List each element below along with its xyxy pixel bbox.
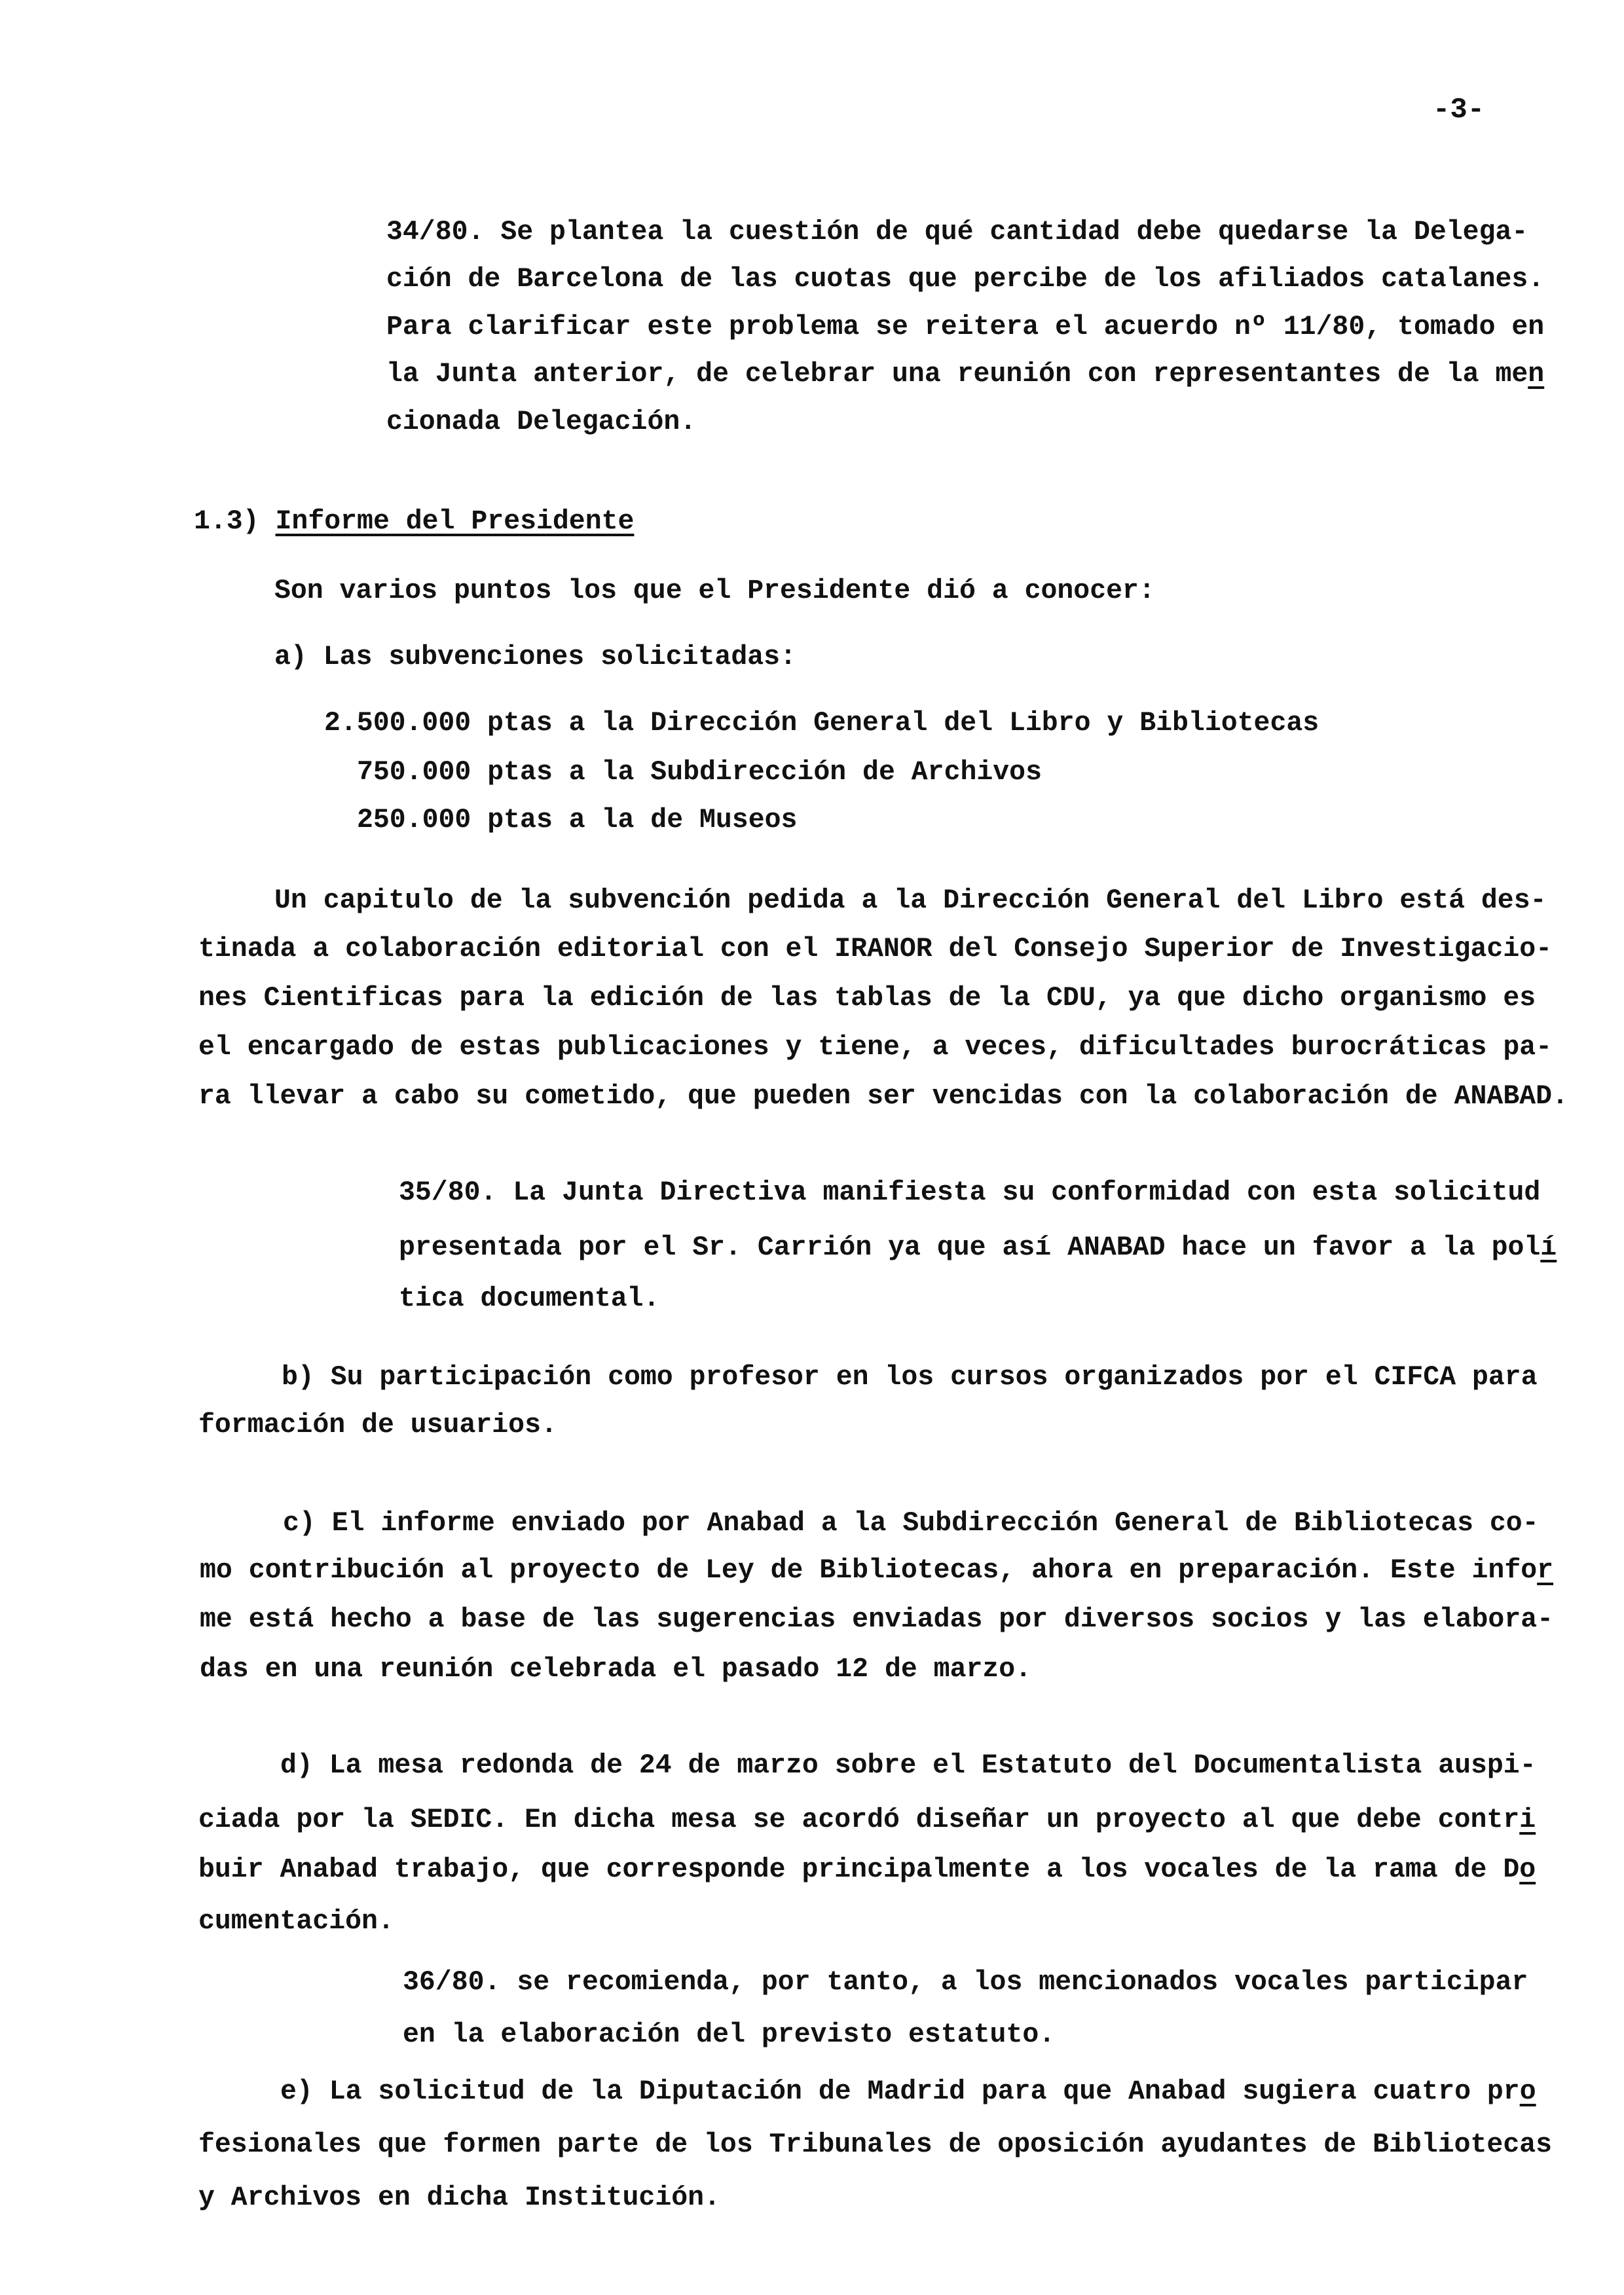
document-page: -3- 34/80. Se plantea la cuestión de qué… [0, 0, 1624, 2295]
item-c-line-1: c) El informe enviado por Anabad a la Su… [283, 1507, 1539, 1540]
intro-line: Son varios puntos los que el Presidente … [274, 575, 1155, 608]
capitulo-line-1: Un capitulo de la subvención pedida a la… [274, 885, 1547, 917]
item-d-line-2: ciada por la SEDIC. En dicha mesa se aco… [198, 1804, 1536, 1837]
section-heading: 1.3) Informe del Presidente [194, 505, 634, 538]
capitulo-line-3: nes Cientificas para la edición de las t… [198, 982, 1536, 1015]
line-text: la Junta anterior, de celebrar una reuni… [386, 359, 1528, 390]
resolution-36-line-1: 36/80. se recomienda, por tanto, a los m… [403, 1966, 1528, 1999]
grant-amount: 750.000 [357, 757, 471, 788]
line-text: presentada por el Sr. Carrión ya que así… [399, 1232, 1540, 1263]
resolution-34-line-4: la Junta anterior, de celebrar una reuni… [386, 358, 1544, 391]
item-b-line-1: b) Su participación como profesor en los… [282, 1361, 1538, 1394]
resolution-34-line-1: 34/80. Se plantea la cuestión de qué can… [386, 216, 1528, 249]
section-number: 1.3) [194, 506, 259, 537]
resolution-36-line-2: en la elaboración del previsto estatuto. [403, 2019, 1055, 2051]
grant-text: ptas a la Dirección General del Libro y … [487, 708, 1319, 739]
grant-row-1: 2.500.000 ptas a la Dirección General de… [324, 707, 1319, 740]
section-title: Informe del Presidente [276, 506, 635, 537]
resolution-35-line-1: 35/80. La Junta Directiva manifiesta su … [399, 1177, 1540, 1209]
item-d-line-1: d) La mesa redonda de 24 de marzo sobre … [280, 1750, 1536, 1782]
grant-row-2: 750.000 ptas a la Subdirección de Archiv… [357, 756, 1042, 789]
grant-text: ptas a la de Museos [487, 805, 797, 835]
hyphen-underline: o [1520, 2076, 1536, 2107]
grant-amount: 250.000 [357, 805, 471, 835]
line-text: mo contribución al proyecto de Ley de Bi… [200, 1555, 1537, 1586]
hyphen-underline: n [1528, 359, 1544, 390]
grant-amount: 2.500.000 [324, 708, 471, 739]
resolution-35-line-3: tica documental. [399, 1283, 659, 1315]
line-text: e) La solicitud de la Diputación de Madr… [280, 2076, 1520, 2107]
item-c-line-3: me está hecho a base de las sugerencias … [200, 1604, 1553, 1636]
item-e-line-2: fesionales que formen parte de los Tribu… [198, 2129, 1552, 2161]
resolution-35-line-2: presentada por el Sr. Carrión ya que así… [399, 1232, 1557, 1264]
grant-row-3: 250.000 ptas a la de Museos [357, 804, 797, 837]
resolution-34-line-5: cionada Delegación. [386, 406, 696, 439]
item-e-line-1: e) La solicitud de la Diputación de Madr… [280, 2076, 1536, 2108]
page-number: -3- [1433, 94, 1485, 126]
capitulo-line-4: el encargado de estas publicaciones y ti… [198, 1031, 1552, 1064]
item-d-line-3: buir Anabad trabajo, que corresponde pri… [198, 1854, 1536, 1886]
grant-text: ptas a la Subdirección de Archivos [487, 757, 1042, 788]
resolution-34-line-3: Para clarificar este problema se reitera… [386, 311, 1544, 344]
line-text: buir Anabad trabajo, que corresponde pri… [198, 1854, 1519, 1885]
line-text: ciada por la SEDIC. En dicha mesa se aco… [198, 1805, 1519, 1835]
hyphen-underline: i [1519, 1805, 1536, 1835]
item-b-line-2: formación de usuarios. [198, 1409, 557, 1442]
capitulo-line-2: tinada a colaboración editorial con el I… [198, 933, 1552, 966]
item-c-line-4: das en una reunión celebrada el pasado 1… [200, 1653, 1031, 1686]
hyphen-underline: r [1537, 1555, 1553, 1586]
resolution-34-line-2: ción de Barcelona de las cuotas que perc… [386, 263, 1544, 296]
hyphen-underline: í [1540, 1232, 1557, 1263]
item-e-line-3: y Archivos en dicha Institución. [198, 2182, 720, 2214]
item-c-line-2: mo contribución al proyecto de Ley de Bi… [200, 1554, 1553, 1587]
item-a-label: a) Las subvenciones solicitadas: [274, 641, 796, 674]
item-d-line-4: cumentación. [198, 1905, 394, 1938]
capitulo-line-5: ra llevar a cabo su cometido, que pueden… [198, 1080, 1568, 1113]
hyphen-underline: o [1519, 1854, 1536, 1885]
